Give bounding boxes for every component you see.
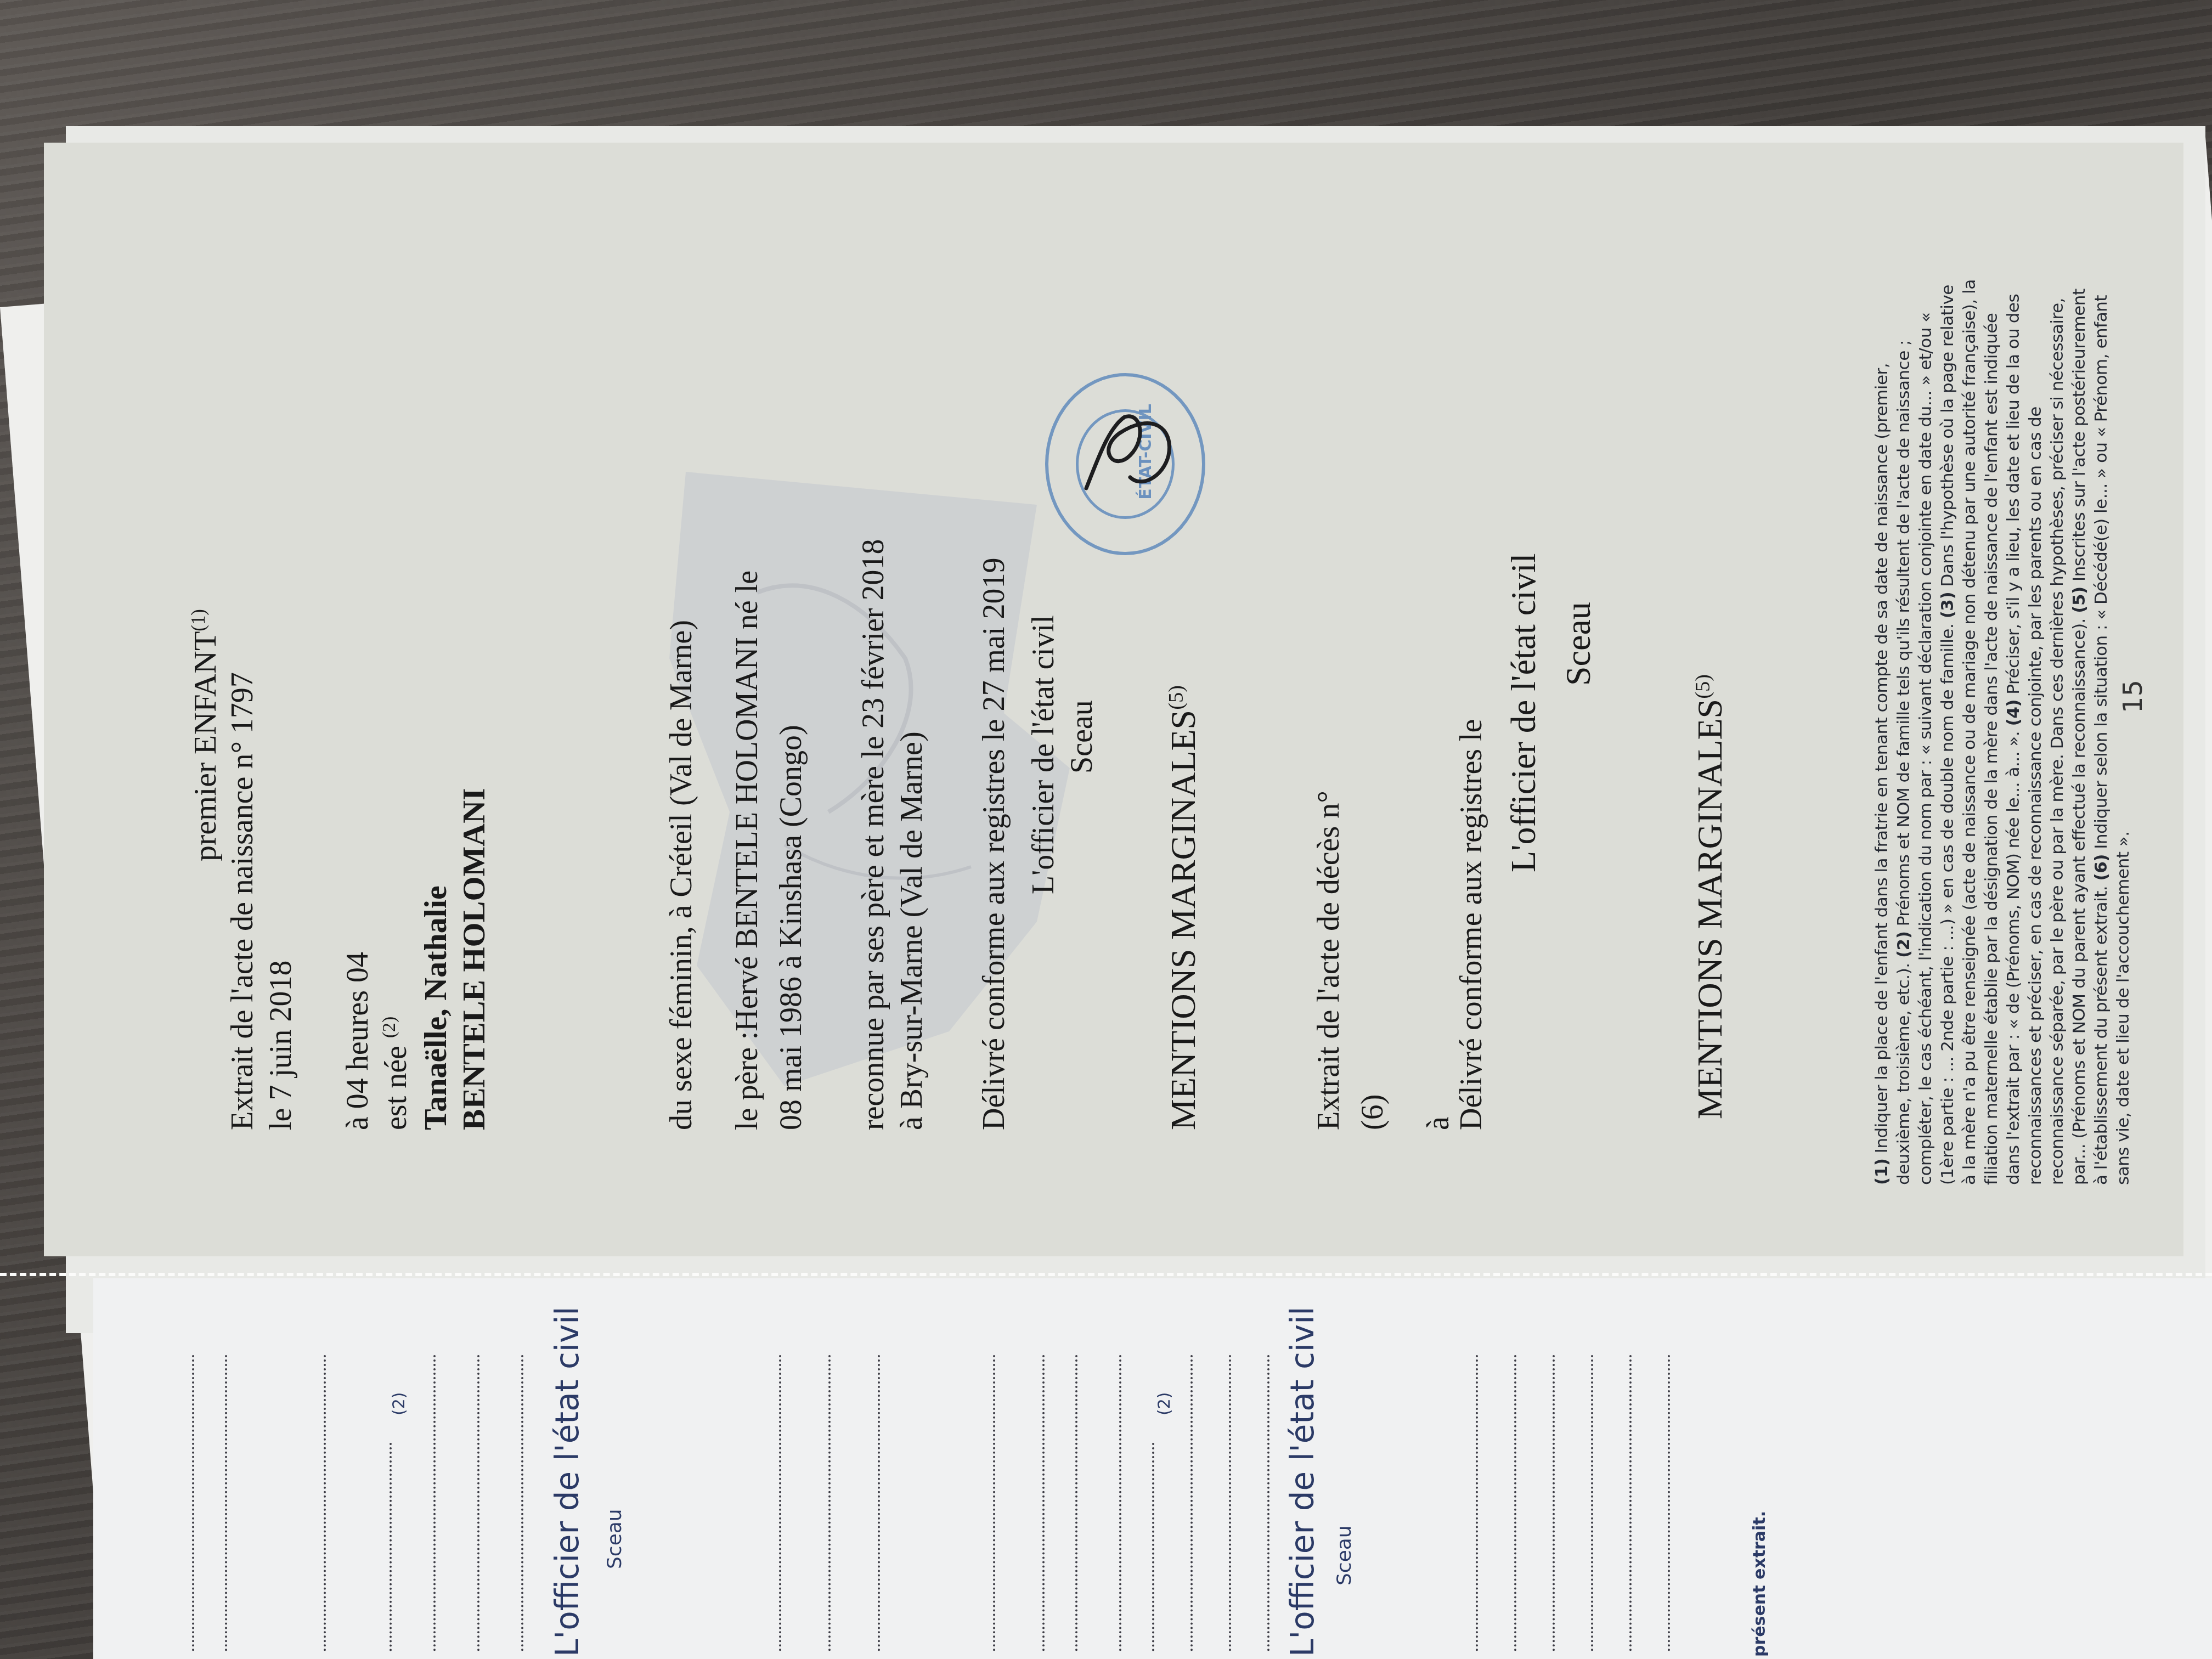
dotted-line: [1229, 1355, 1231, 1651]
recognition-line-1: reconnue par ses père et mère le 23 févr…: [856, 539, 891, 1130]
dotted-line: [192, 1355, 194, 1651]
dotted-line: [521, 1355, 523, 1651]
footnotes: (1) Indiquer la place de l'enfant dans l…: [1871, 274, 2134, 1185]
child-surname: BENTELE HOLOMANI: [455, 788, 492, 1130]
dotted-line: [1075, 1355, 1077, 1651]
father-line-2: 08 mai 1986 à Kinshasa (Congo): [774, 725, 809, 1130]
dotted-line: [477, 1355, 479, 1651]
father-line-1: le père :Hervé BENTELE HOLOMANI né le: [730, 571, 765, 1130]
death-seal-label: Sceau: [1558, 602, 1599, 686]
death-note: (6): [1355, 1094, 1390, 1130]
dotted-line: [993, 1355, 995, 1651]
dotted-line: [1267, 1355, 1269, 1651]
death-extract-title: Extrait de l'acte de décès n°: [1311, 791, 1346, 1130]
dotted-line: [433, 1355, 436, 1651]
dotted-line: [1152, 1443, 1154, 1651]
extract-title: Extrait de l'acte de naissance n° 1797: [225, 672, 260, 1130]
dotted-line: [1553, 1355, 1555, 1651]
child-rank-heading: premier ENFANT(1): [187, 609, 223, 861]
officer-signature-icon: [1064, 395, 1196, 505]
issued-line: Délivré conforme aux registres le 27 mai…: [977, 558, 1012, 1130]
left-note-1: (2): [390, 1392, 409, 1416]
dotted-line: [1042, 1355, 1045, 1651]
dotted-line: [1591, 1355, 1593, 1651]
page-number: 15: [2118, 680, 2148, 713]
death-officer-label: L'officier de l'état civil: [1503, 553, 1544, 872]
registration-date: le 7 juin 2018: [263, 960, 298, 1130]
certificate-page: premier ENFANT(1) Extrait de l'acte de n…: [44, 143, 2183, 1256]
dotted-line: [1514, 1355, 1516, 1651]
left-officer-label-2: L'officier de l'état civil: [1284, 1307, 1321, 1657]
marginal-mentions-title: MENTIONS MARGINALES(5): [1163, 685, 1204, 1130]
dotted-line: [828, 1355, 831, 1651]
dotted-line: [324, 1355, 326, 1651]
dotted-line: [1190, 1355, 1193, 1651]
birth-time: à 04 heures 04: [340, 952, 375, 1130]
dotted-line: [1119, 1355, 1121, 1651]
seal-label: Sceau: [1064, 700, 1099, 774]
blank-form-page: (2) L'officier de l'état civil Sceau (2)…: [93, 1278, 2212, 1659]
dotted-line: [225, 1355, 227, 1651]
death-issued-line: Délivré conforme aux registres le: [1454, 719, 1489, 1130]
dotted-line: [1668, 1355, 1670, 1651]
dotted-line: [878, 1355, 880, 1651]
sex-and-birthplace: du sexe féminin, à Créteil (Val de Marne…: [664, 620, 699, 1130]
left-note-2: (2): [1155, 1392, 1174, 1416]
dotted-line: [1476, 1355, 1478, 1651]
dotted-line: [779, 1355, 781, 1651]
left-seal-label-1: Sceau: [603, 1509, 626, 1569]
dotted-line: [1629, 1355, 1632, 1651]
left-seal-label-2: Sceau: [1333, 1525, 1356, 1585]
child-given-names: Tanaëlle, Nathalie: [417, 885, 454, 1130]
death-place: à: [1421, 1116, 1456, 1130]
dotted-line: [390, 1443, 392, 1651]
death-marginal-mentions-title: MENTIONS MARGINALES(5): [1690, 674, 1730, 1119]
born-line: est née (2): [379, 1017, 414, 1130]
left-footer-text: présent extrait.: [1750, 1511, 1769, 1657]
recognition-line-2: à Bry-sur-Marne (Val de Marne): [894, 731, 929, 1130]
left-officer-label-1: L'officier de l'état civil: [549, 1307, 586, 1657]
officer-signature-label: L'officier de l'état civil: [1026, 615, 1061, 894]
